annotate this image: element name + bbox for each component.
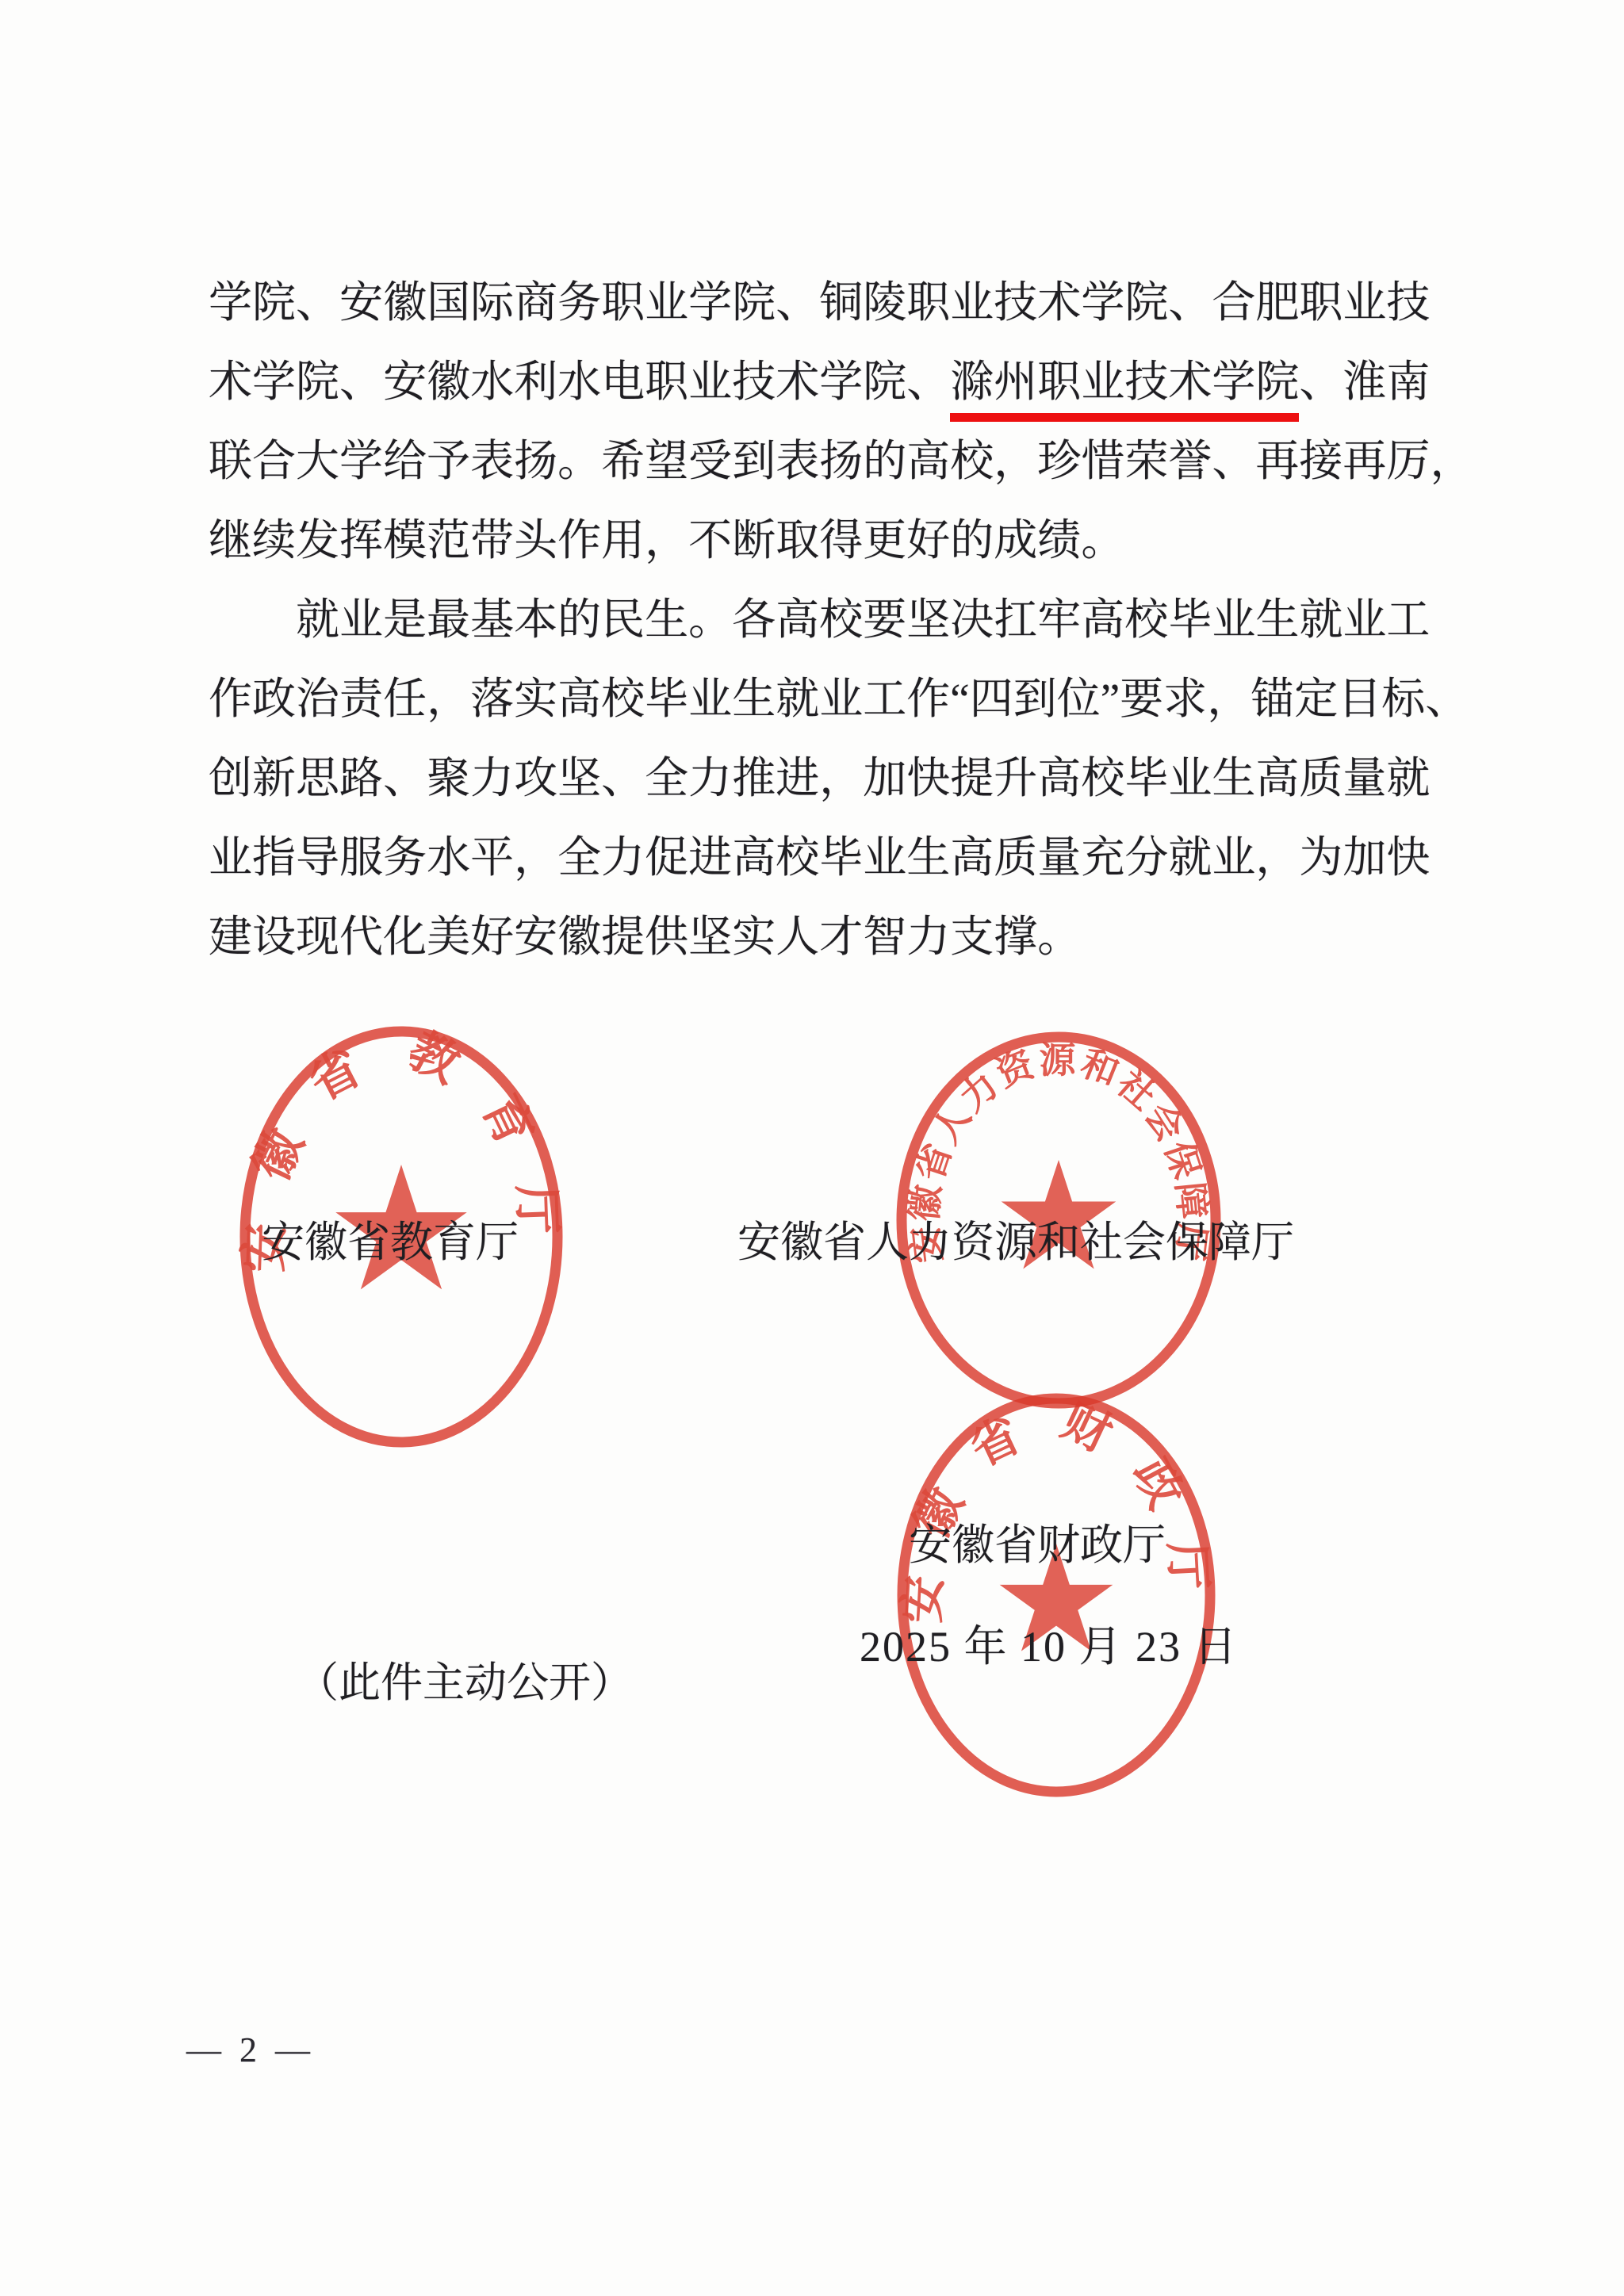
- education-department-label: 安徽省教育厅: [262, 1208, 519, 1269]
- paragraph2-line-2: 作政治责任，落实高校毕业生就业工作“四到位”要求，锚定目标、: [209, 660, 1430, 739]
- paragraph1-line-3: 联合大学给予表扬。希望受到表扬的高校，珍惜荣誉、再接再厉，: [209, 422, 1430, 501]
- paragraph-indent: [209, 580, 296, 660]
- body-text: 学院、安徽国际商务职业学院、铜陵职业技术学院、合肥职业技 术学院、安徽水利水电职…: [209, 263, 1430, 977]
- issue-date: 2025 年 10 月 23 日: [860, 1613, 1239, 1674]
- document-page: 学院、安徽国际商务职业学院、铜陵职业技术学院、合肥职业技 术学院、安徽水利水电职…: [0, 0, 1624, 2296]
- paragraph2-line-3: 创新思路、聚力攻坚、全力推进，加快提升高校毕业生高质量就: [209, 739, 1430, 818]
- paragraph2-line-1: 就业是最基本的民生。各高校要坚决扛牢高校毕业生就业工: [209, 580, 1430, 660]
- finance-department-label: 安徽省财政厅: [909, 1511, 1166, 1572]
- paragraph1-line-4: 继续发挥模范带头作用，不断取得更好的成绩。: [209, 501, 1430, 580]
- finance-department-seal: 安徽省财政厅: [893, 1391, 1220, 1800]
- page-number: — 2 —: [186, 2030, 315, 2070]
- paragraph1-line-1: 学院、安徽国际商务职业学院、铜陵职业技术学院、合肥职业技: [209, 263, 1430, 342]
- paragraph2-line-5: 建设现代化美好安徽提供坚实人才智力支撑。: [209, 897, 1430, 977]
- paragraph2-line-4: 业指导服务水平，全力促进高校毕业生高质量充分就业，为加快: [209, 818, 1430, 897]
- hr-social-security-label: 安徽省人力资源和社会保障厅: [737, 1208, 1294, 1269]
- paragraph1-line-2: 术学院、安徽水利水电职业技术学院、滁州职业技术学院、淮南: [209, 342, 1430, 422]
- disclosure-note: （此件主动公开）: [297, 1649, 633, 1709]
